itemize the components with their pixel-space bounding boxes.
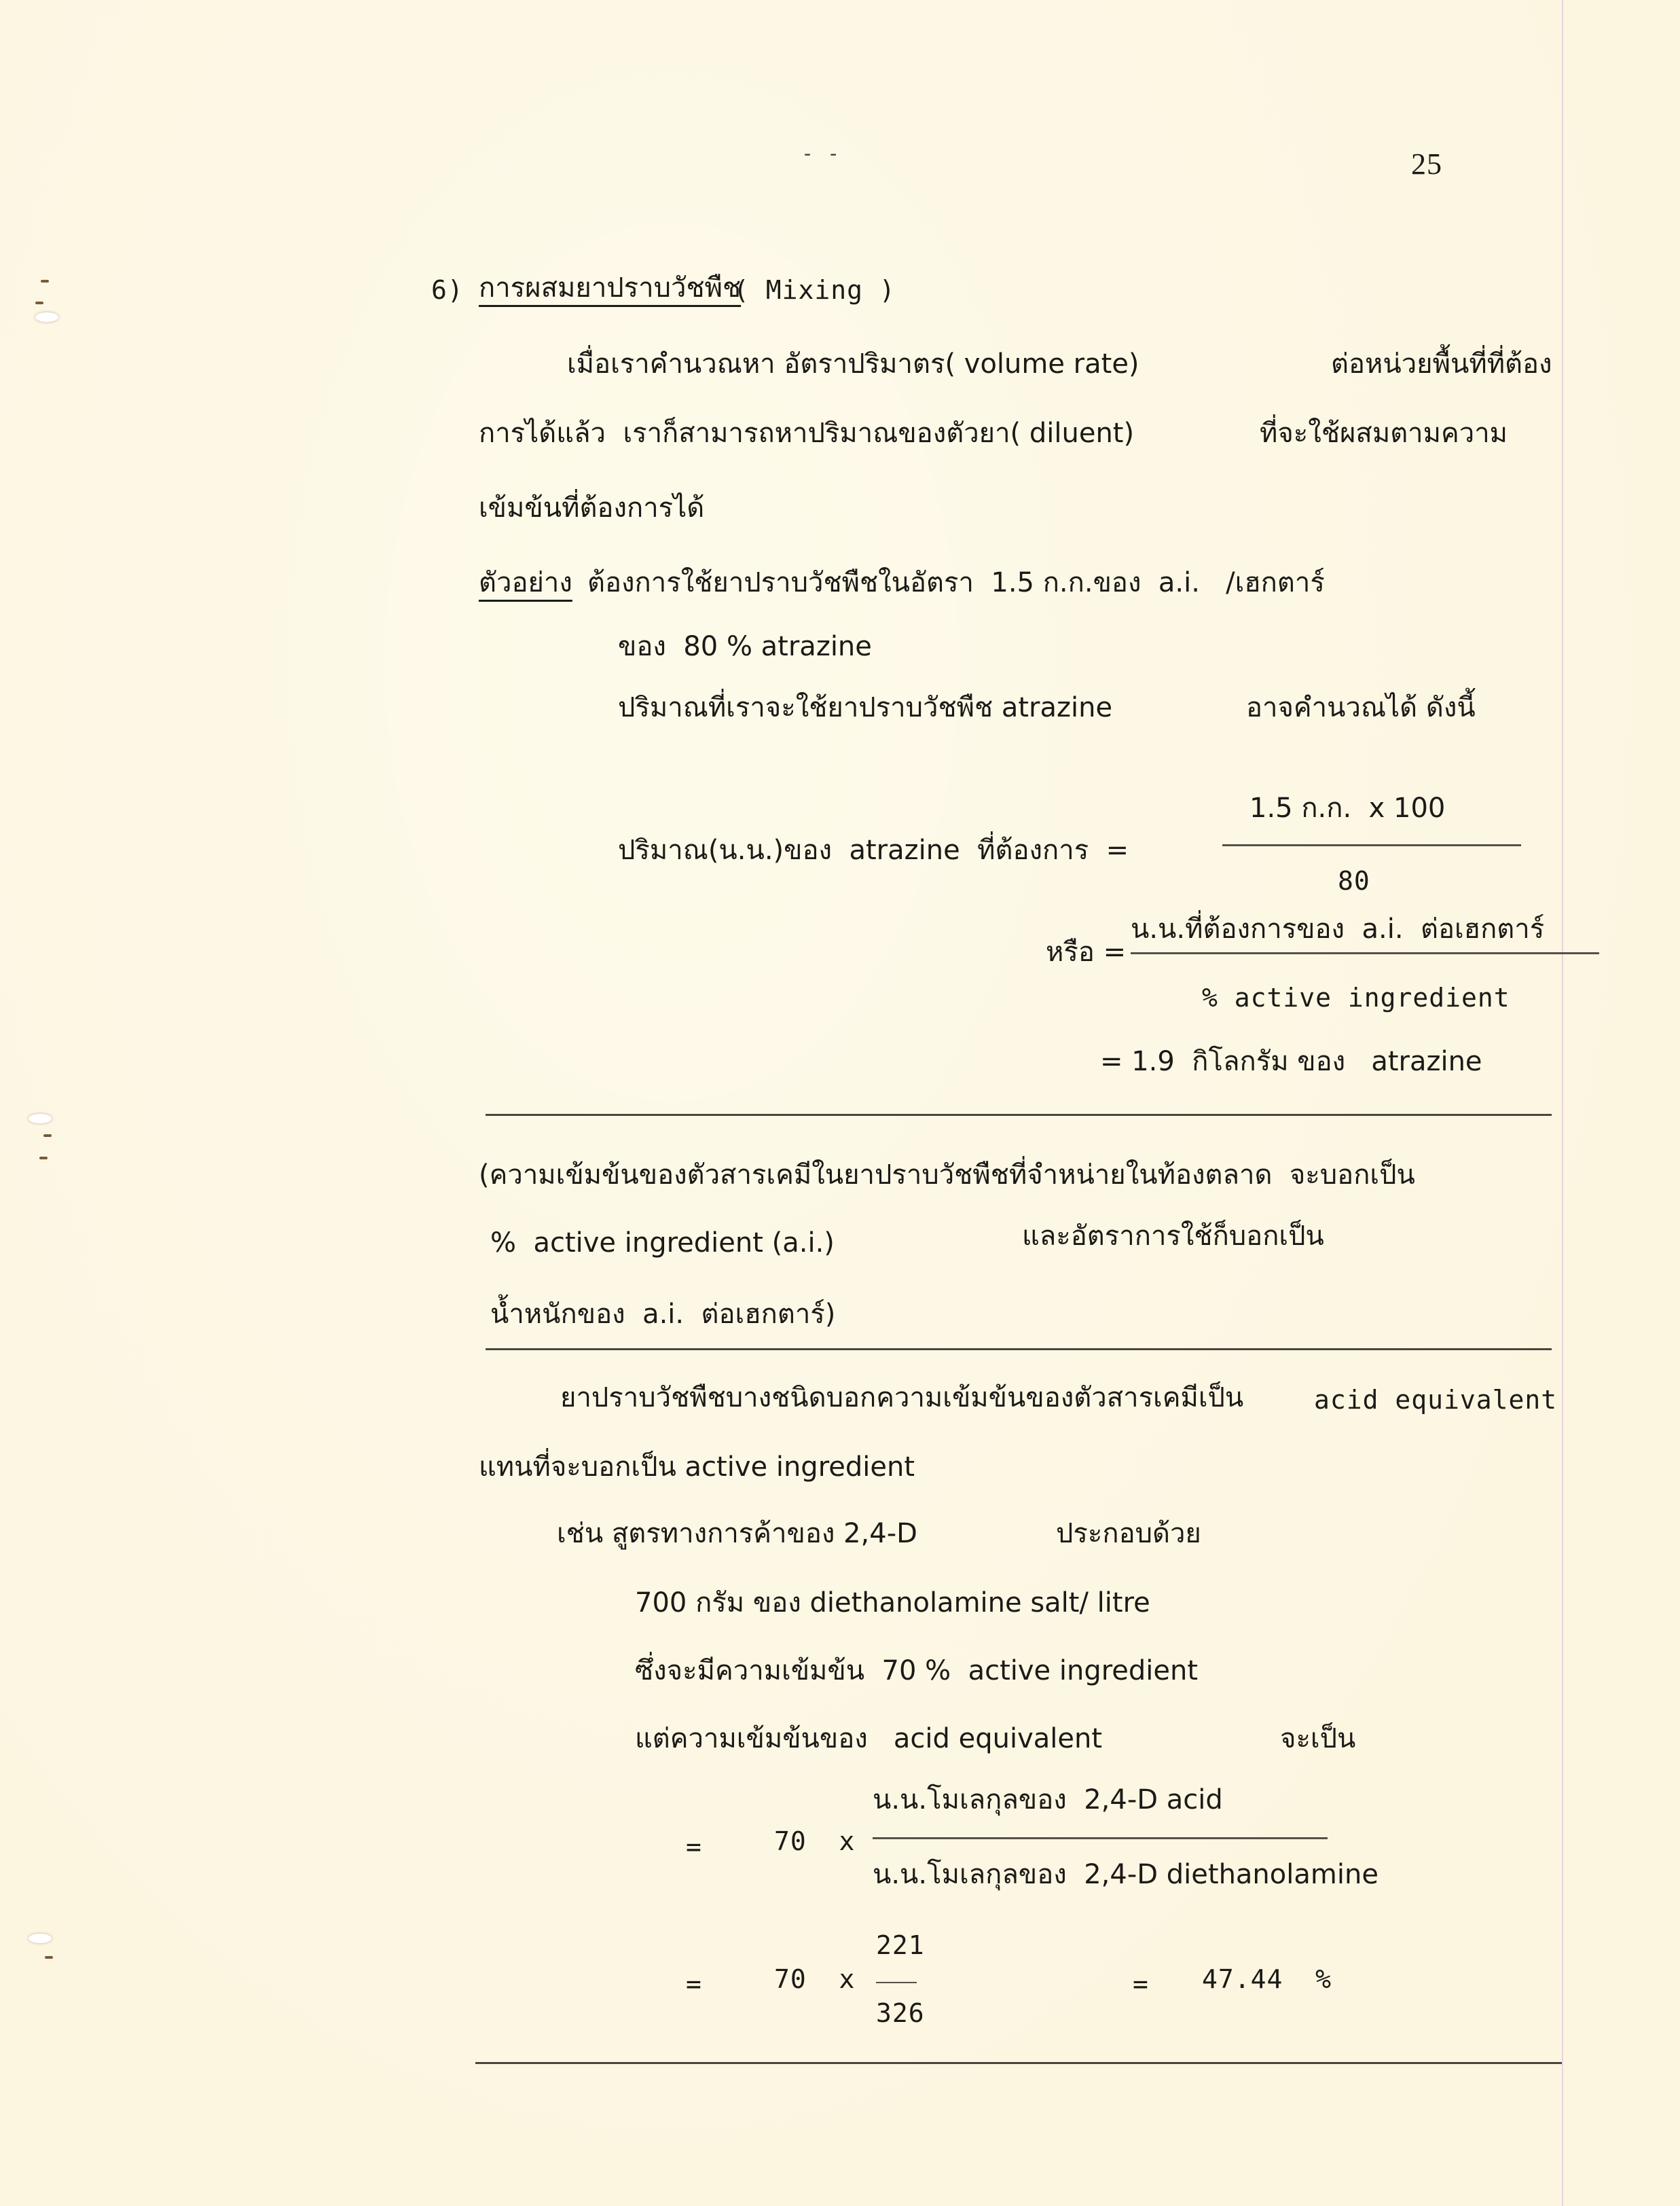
paper-speck	[35, 302, 43, 304]
paper-speck	[41, 280, 49, 283]
note-line: และอัตราการใช้ก็บอกเป็น	[1022, 1223, 1324, 1250]
note-line: (ความเข้มข้นของตัวสารเคมีในยาปราบวัชพืชท…	[479, 1161, 1415, 1189]
formula-numerator: 1.5 ก.ก. x 100	[1249, 795, 1445, 822]
formula-numerator: 221	[876, 1932, 925, 1958]
example-label: ตัวอย่าง	[479, 569, 572, 596]
intro-line: เข้มข้นที่ต้องการได้	[479, 494, 704, 522]
formula-factor: 70 x	[774, 1828, 855, 1854]
section-number: 6)	[431, 277, 464, 303]
note-line: % active ingredient (a.i.)	[490, 1229, 835, 1256]
formula-result: = 1.9 กิโลกรัม ของ atrazine	[1100, 1048, 1482, 1075]
paper-speck	[43, 1134, 52, 1137]
formula-or-label: หรือ =	[1046, 939, 1126, 966]
formula-numerator: น.น.โมเลกุลของ 2,4-D acid	[873, 1786, 1223, 1813]
formula-result: 47.44 %	[1202, 1966, 1332, 1992]
fraction-bar	[1131, 952, 1599, 954]
note-line: น้ำหนักของ a.i. ต่อเฮกตาร์)	[490, 1301, 835, 1328]
fraction-bar	[873, 1837, 1328, 1839]
section-title-thai: การผสมยาปราบวัชพืช	[479, 274, 741, 302]
paper-speck	[39, 1157, 48, 1159]
formula-result-equals: =	[1133, 1971, 1149, 1997]
example-line: อาจคำนวณได้ ดังนี้	[1246, 694, 1476, 721]
document-page: - - 25 6) การผสมยาปราบวัชพืช ( Mixing ) …	[0, 0, 1680, 2206]
acid-line: แต่ความเข้มข้นของ acid equivalent	[635, 1725, 1102, 1752]
formula-denominator-2: % active ingredient	[1202, 985, 1510, 1011]
intro-line: การได้แล้ว เราก็สามารถหาปริมาณของตัวยา( …	[479, 420, 1134, 447]
formula-numerator-2: น.น.ที่ต้องการของ a.i. ต่อเฮกตาร์	[1131, 916, 1544, 943]
punch-hole	[35, 312, 58, 322]
acid-line: acid equivalent	[1314, 1387, 1557, 1413]
paper-speck	[45, 1956, 53, 1959]
fraction-bar	[876, 1982, 917, 1983]
formula-denominator: 326	[876, 2000, 925, 2026]
margin-line	[1562, 0, 1563, 2206]
formula-equals: =	[686, 1971, 702, 1997]
fraction-bar	[1222, 844, 1521, 846]
formula-equals: =	[686, 1834, 702, 1860]
acid-line: จะเป็น	[1280, 1725, 1355, 1752]
formula-factor: 70 x	[774, 1966, 855, 1992]
example-line: ต้องการใช้ยาปราบวัชพืชในอัตรา 1.5 ก.ก.ขอ…	[587, 569, 1325, 596]
divider-line	[475, 2062, 1562, 2064]
divider-line	[486, 1348, 1552, 1350]
formula-denominator: 80	[1338, 868, 1370, 894]
acid-line: แทนที่จะบอกเป็น active ingredient	[479, 1453, 915, 1481]
example-line: ของ 80 % atrazine	[618, 633, 872, 660]
acid-line: ประกอบด้วย	[1056, 1520, 1201, 1547]
acid-line: ซึ่งจะมีความเข้มข้น 70 % active ingredie…	[635, 1657, 1198, 1684]
header-mark: - -	[801, 144, 840, 164]
acid-line: เช่น สูตรทางการค้าของ 2,4-D	[557, 1520, 917, 1547]
punch-hole	[29, 1934, 52, 1943]
acid-line: 700 กรัม ของ diethanolamine salt/ litre	[635, 1589, 1150, 1616]
punch-hole	[29, 1114, 52, 1123]
intro-line: ที่จะใช้ผสมตามความ	[1260, 420, 1508, 447]
acid-line: ยาปราบวัชพืชบางชนิดบอกความเข้มข้นของตัวส…	[560, 1384, 1243, 1411]
formula-lhs: ปริมาณ(น.น.)ของ atrazine ที่ต้องการ =	[618, 837, 1129, 864]
example-line: ปริมาณที่เราจะใช้ยาปราบวัชพืช atrazine	[618, 694, 1112, 721]
section-title-en: ( Mixing )	[733, 277, 896, 303]
formula-denominator: น.น.โมเลกุลของ 2,4-D diethanolamine	[873, 1861, 1378, 1888]
intro-line: เมื่อเราคำนวณหา อัตราปริมาตร( volume rat…	[567, 350, 1139, 378]
divider-line	[486, 1114, 1552, 1116]
intro-line: ต่อหน่วยพื้นที่ที่ต้อง	[1331, 350, 1552, 378]
page-number: 25	[1411, 149, 1442, 179]
